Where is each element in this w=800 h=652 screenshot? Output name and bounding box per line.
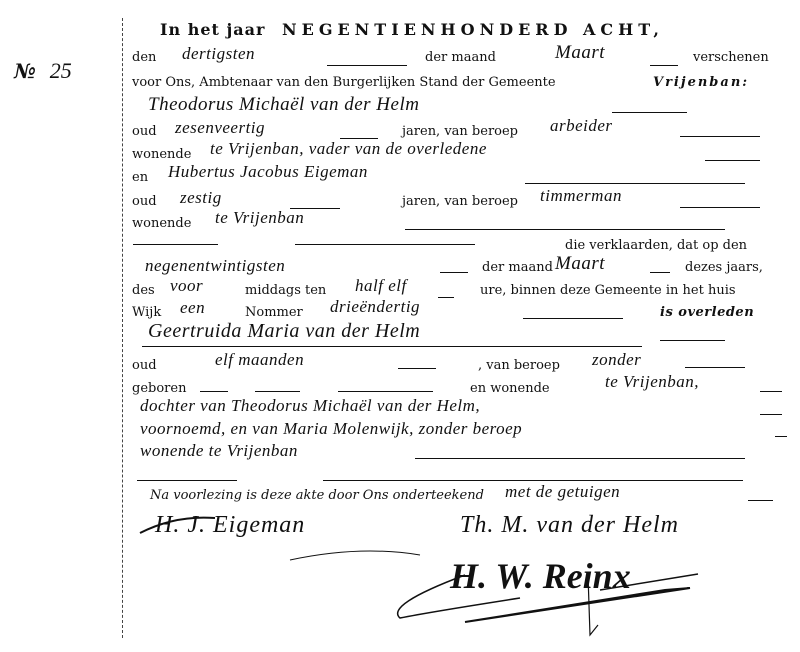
signature-flourish: [0, 0, 800, 652]
